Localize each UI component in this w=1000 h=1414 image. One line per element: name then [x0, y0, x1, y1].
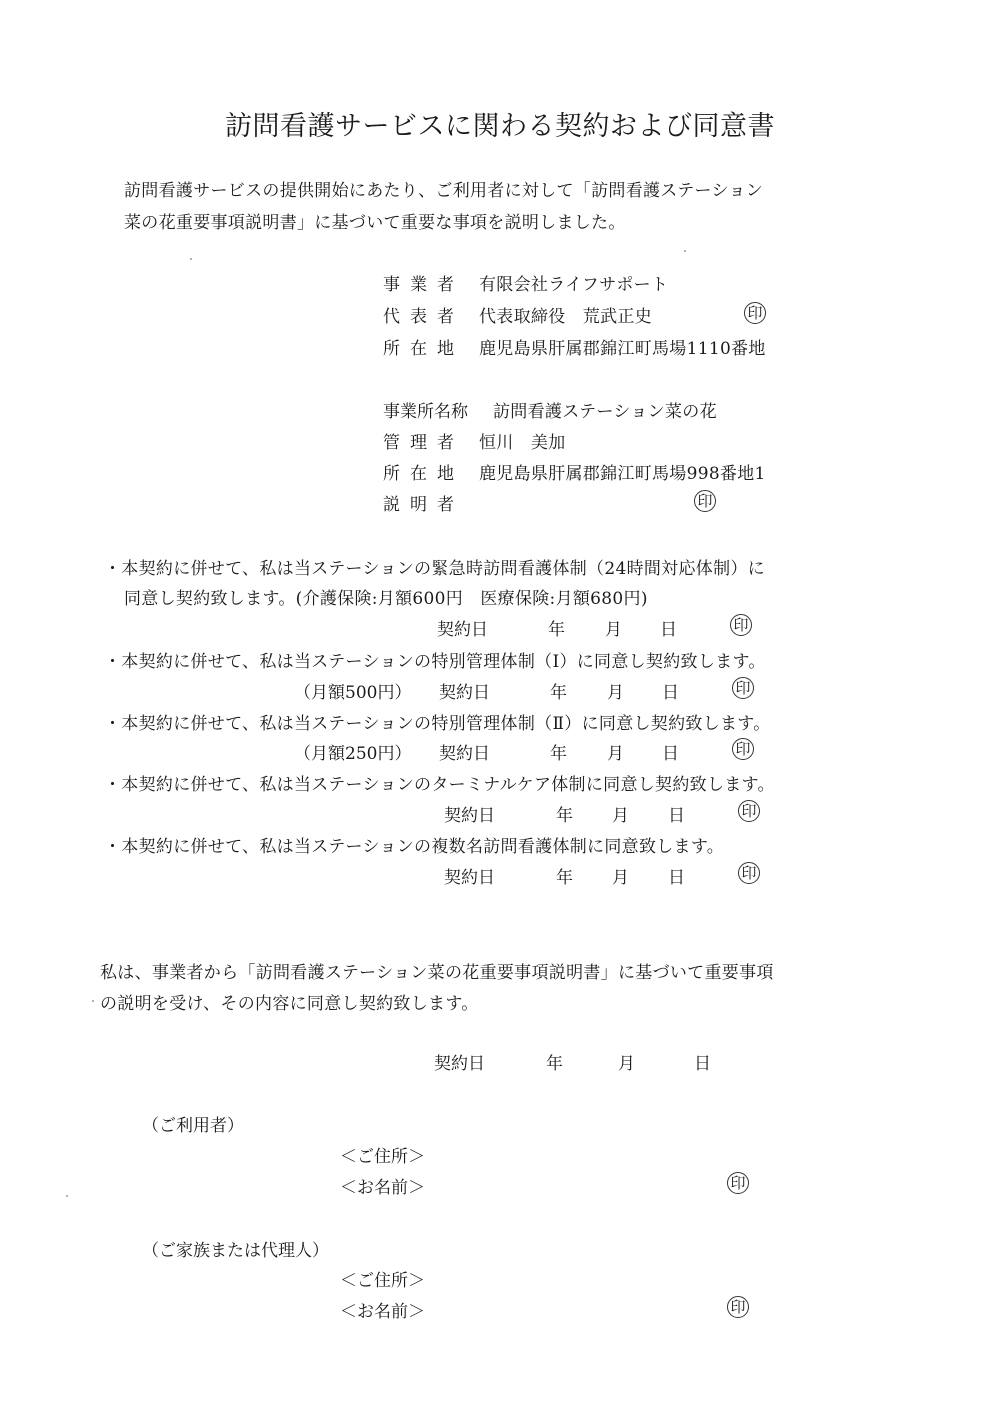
- declaration-date-label: 契約日: [434, 1049, 485, 1074]
- provider-address-row: 所在地鹿児島県肝属郡錦江町馬場1110番地: [383, 334, 766, 359]
- agreement-1-date-label: 契約日: [437, 615, 488, 640]
- declaration-month-field[interactable]: 月: [618, 1049, 635, 1074]
- office-manager-label: 管理者: [383, 428, 479, 453]
- agreement-2-date-label: 契約日: [439, 678, 490, 703]
- agreement-3-date-label: 契約日: [439, 739, 490, 764]
- seal-icon: 印: [744, 302, 766, 324]
- scan-speck: [66, 1195, 68, 1197]
- declaration-day-field[interactable]: 日: [694, 1049, 711, 1074]
- document-title: 訪問看護サービスに関わる契約および同意書: [0, 104, 1000, 143]
- office-manager-value: 恒川 美加: [479, 433, 566, 453]
- family-section-heading: （ご家族または代理人）: [142, 1236, 329, 1261]
- seal-icon: 印: [727, 1296, 749, 1318]
- seal-icon: 印: [730, 614, 752, 636]
- provider-rep-label: 代表者: [383, 302, 479, 327]
- office-address-value: 鹿児島県肝属郡錦江町馬場998番地1: [479, 464, 766, 484]
- seal-icon: 印: [732, 677, 754, 699]
- scan-speck: [92, 1000, 94, 1002]
- agreement-5-date-label: 契約日: [444, 863, 495, 888]
- provider-rep-row: 代表者代表取締役 荒武正史: [383, 302, 652, 327]
- agreement-3-day-field[interactable]: 日: [662, 739, 679, 764]
- user-section-heading: （ご利用者）: [142, 1111, 244, 1136]
- agreement-4-day-field[interactable]: 日: [668, 801, 685, 826]
- intro-line-1: 訪問看護サービスの提供開始にあたり、ご利用者に対して「訪問看護ステーション: [124, 176, 763, 201]
- agreement-2-month-field[interactable]: 月: [607, 678, 624, 703]
- office-address-label: 所在地: [383, 459, 479, 484]
- office-name-value: 訪問看護ステーション菜の花: [493, 402, 717, 422]
- seal-icon: 印: [738, 800, 760, 822]
- office-explainer-label: 説明者: [383, 490, 479, 515]
- agreement-1-line-1: ・本契約に併せて、私は当ステーションの緊急時訪問看護体制（24時間対応体制）に: [104, 554, 765, 579]
- intro-line-2: 菜の花重要事項説明書」に基づいて重要な事項を説明しました。: [124, 208, 626, 233]
- scan-speck: [684, 250, 686, 252]
- provider-company-value: 有限会社ライフサポート: [479, 275, 668, 295]
- user-name-label: ＜お名前＞: [340, 1173, 425, 1198]
- seal-icon: 印: [732, 738, 754, 760]
- office-name-label: 事業所名称: [383, 397, 493, 422]
- agreement-3-year-field[interactable]: 年: [550, 739, 567, 764]
- seal-icon: 印: [738, 862, 760, 884]
- seal-icon: 印: [727, 1172, 749, 1194]
- provider-address-label: 所在地: [383, 334, 479, 359]
- family-name-label: ＜お名前＞: [340, 1297, 425, 1322]
- agreement-5-line-1: ・本契約に併せて、私は当ステーションの複数名訪問看護体制に同意致します。: [104, 832, 724, 857]
- provider-rep-value: 代表取締役 荒武正史: [479, 307, 652, 327]
- provider-address-value: 鹿児島県肝属郡錦江町馬場1110番地: [479, 339, 766, 359]
- agreement-4-month-field[interactable]: 月: [612, 801, 629, 826]
- agreement-3-month-field[interactable]: 月: [607, 739, 624, 764]
- agreement-5-day-field[interactable]: 日: [668, 863, 685, 888]
- agreement-1-year-field[interactable]: 年: [548, 615, 565, 640]
- scan-speck: [190, 258, 192, 260]
- provider-company-row: 事業者有限会社ライフサポート: [383, 270, 668, 295]
- office-manager-row: 管理者恒川 美加: [383, 428, 566, 453]
- agreement-4-date-label: 契約日: [444, 801, 495, 826]
- agreement-2-day-field[interactable]: 日: [662, 678, 679, 703]
- agreement-3-fee: （月額250円）: [294, 739, 411, 764]
- user-address-label: ＜ご住所＞: [340, 1142, 425, 1167]
- agreement-4-year-field[interactable]: 年: [556, 801, 573, 826]
- agreement-3-line-1: ・本契約に併せて、私は当ステーションの特別管理体制（Ⅱ）に同意し契約致します。: [104, 709, 771, 734]
- agreement-1-month-field[interactable]: 月: [605, 615, 622, 640]
- family-address-label: ＜ご住所＞: [340, 1266, 425, 1291]
- agreement-2-fee: （月額500円）: [294, 678, 411, 703]
- agreement-2-line-1: ・本契約に併せて、私は当ステーションの特別管理体制（Ⅰ）に同意し契約致します。: [104, 647, 766, 672]
- declaration-line-1: 私は、事業者から「訪問看護ステーション菜の花重要事項説明書」に基づいて重要事項: [100, 958, 774, 983]
- agreement-5-year-field[interactable]: 年: [556, 863, 573, 888]
- office-explainer-row: 説明者: [383, 490, 479, 515]
- agreement-1-day-field[interactable]: 日: [660, 615, 677, 640]
- office-name-row: 事業所名称訪問看護ステーション菜の花: [383, 397, 717, 422]
- office-address-row: 所在地鹿児島県肝属郡錦江町馬場998番地1: [383, 459, 766, 484]
- provider-company-label: 事業者: [383, 270, 479, 295]
- agreement-5-month-field[interactable]: 月: [612, 863, 629, 888]
- seal-icon: 印: [694, 490, 716, 512]
- agreement-1-line-2: 同意し契約致します。(介護保険:月額600円 医療保険:月額680円): [124, 584, 648, 609]
- declaration-year-field[interactable]: 年: [546, 1049, 563, 1074]
- agreement-2-year-field[interactable]: 年: [550, 678, 567, 703]
- agreement-4-line-1: ・本契約に併せて、私は当ステーションのターミナルケア体制に同意し契約致します。: [104, 770, 775, 795]
- declaration-line-2: の説明を受け、その内容に同意し契約致します。: [100, 989, 479, 1014]
